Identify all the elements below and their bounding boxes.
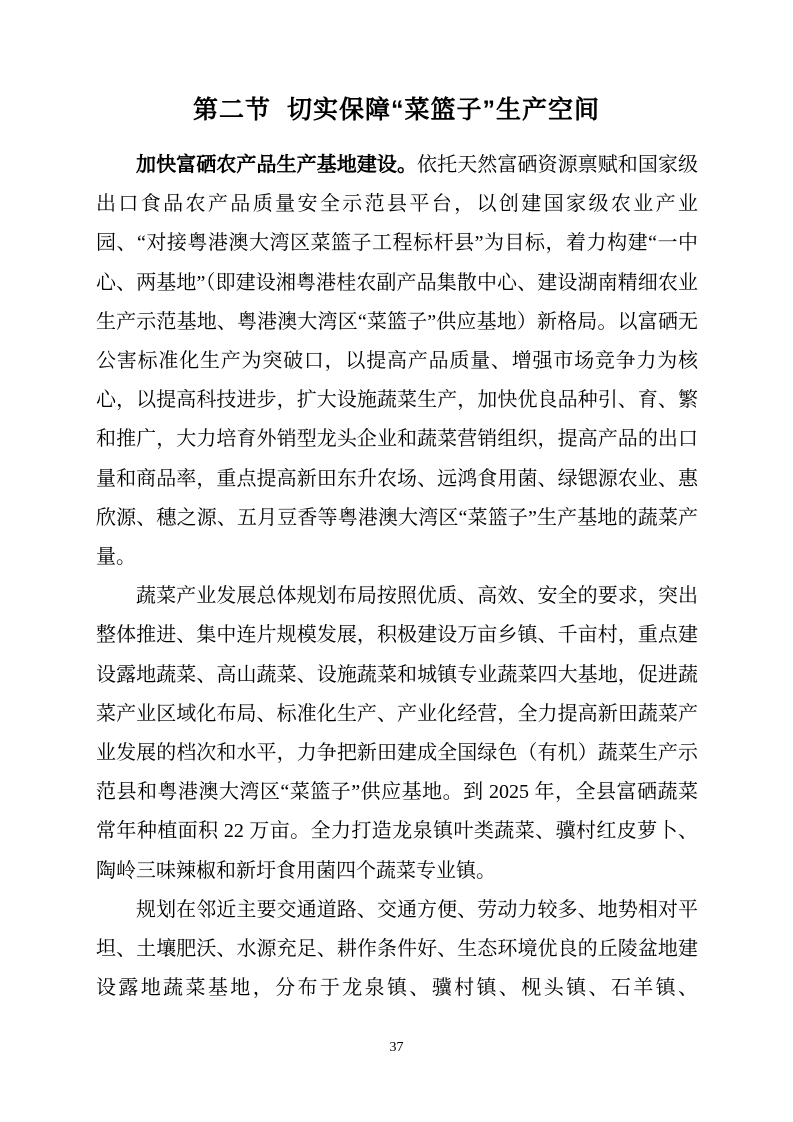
- paragraph-text: 规划在邻近主要交通道路、交通方便、劳动力较多、地势相对平坦、土壤肥沃、水源充足、…: [96, 899, 698, 999]
- paragraph-text: 蔬菜产业发展总体规划布局按照优质、高效、安全的要求，突出整体推进、集中连片规模发…: [96, 585, 698, 881]
- document-page: 第二节 切实保障“菜篮子”生产空间 加快富硒农产品生产基地建设。依托天然富硒资源…: [0, 0, 793, 1122]
- paragraph-open-field-bases: 规划在邻近主要交通道路、交通方便、劳动力较多、地势相对平坦、土壤肥沃、水源充足、…: [96, 891, 698, 1009]
- paragraph-base-construction: 加快富硒农产品生产基地建设。依托天然富硒资源禀赋和国家级出口食品农产品质量安全示…: [96, 146, 698, 577]
- section-title: 第二节 切实保障“菜篮子”生产空间: [0, 90, 793, 126]
- paragraph-text: 依托天然富硒资源禀赋和国家级出口食品农产品质量安全示范县平台，以创建国家级农业产…: [96, 154, 698, 568]
- page-number: 37: [0, 1040, 793, 1056]
- document-body: 加快富硒农产品生产基地建设。依托天然富硒资源禀赋和国家级出口食品农产品质量安全示…: [96, 146, 698, 1008]
- paragraph-lead-bold: 加快富硒农产品生产基地建设。: [136, 154, 417, 176]
- paragraph-vegetable-industry-layout: 蔬菜产业发展总体规划布局按照优质、高效、安全的要求，突出整体推进、集中连片规模发…: [96, 577, 698, 891]
